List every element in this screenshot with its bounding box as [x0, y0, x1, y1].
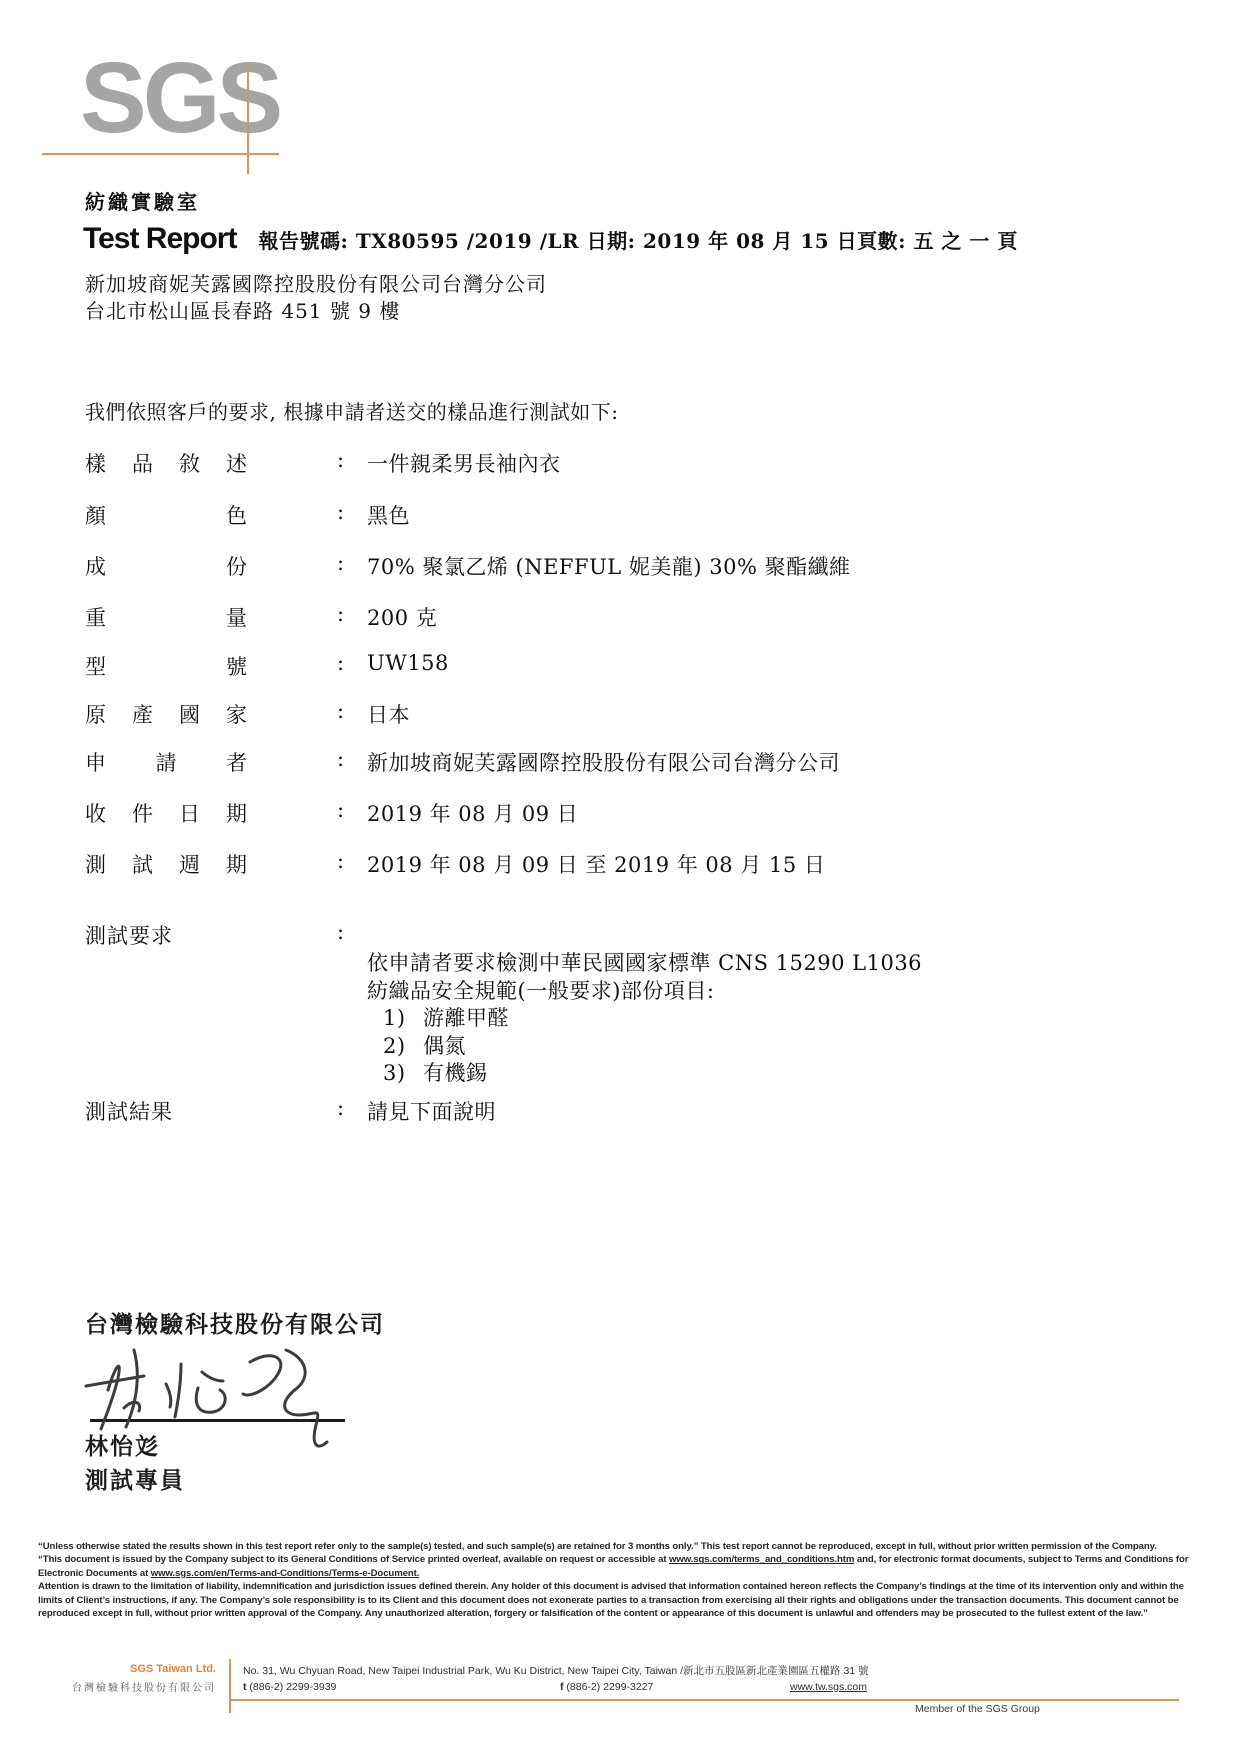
field-label: 顏色: [85, 500, 247, 530]
test-report-page: SGS 紡織實驗室 Test Report 報告號碼: TX80595 /201…: [0, 0, 1240, 1754]
item-number: 1): [367, 1005, 423, 1033]
footer-company-en: SGS Taiwan Ltd.: [38, 1663, 216, 1675]
terms-conditions-link[interactable]: www.sgs.com/terms_and_conditions.htm: [669, 1554, 854, 1565]
field-value: 200 克: [367, 602, 437, 632]
colon: :: [337, 551, 344, 575]
colon: :: [337, 651, 344, 675]
colon: :: [337, 1096, 344, 1120]
field-label: 測試結果: [85, 1096, 247, 1126]
footer-horizontal-rule: [229, 1699, 1179, 1701]
applicant-name-line: 新加坡商妮芙露國際控股股份有限公司台灣分公司: [85, 268, 547, 297]
item-text: 有機錫: [423, 1061, 488, 1085]
field-label: 原產國家: [85, 699, 247, 729]
sgs-logo: SGS: [80, 48, 279, 148]
colon: :: [337, 849, 344, 873]
lab-name: 紡織實驗室: [85, 186, 200, 215]
test-request-line-2: 紡織品安全規範(一般要求)部份項目:: [367, 978, 922, 1006]
field-label: 測試要求: [85, 920, 247, 950]
tel-number: (886-2) 2299-3939: [249, 1681, 336, 1693]
test-request-value: 依申請者要求檢測中華民國國家標準 CNS 15290 L1036 紡織品安全規範…: [367, 950, 922, 1088]
field-label: 申請者: [85, 747, 247, 777]
field-row-test-result: 測試結果 : 請見下面說明: [85, 1096, 247, 1126]
field-row-composition: 成份 : 70% 聚氯乙烯 (NEFFUL 妮美龍) 30% 聚酯纖維: [85, 551, 247, 581]
report-title-row: Test Report 報告號碼: TX80595 /2019 /LR 日期: …: [83, 222, 1018, 256]
item-number: 3): [367, 1060, 423, 1088]
disclaimer-paragraph-2: “This document is issued by the Company …: [38, 1553, 1204, 1580]
signer-title: 測試專員: [85, 1462, 185, 1495]
field-label: 重量: [85, 602, 247, 632]
footer-company-zh: 台灣檢驗科技股份有限公司: [38, 1679, 216, 1694]
footer-website-link[interactable]: www.tw.sgs.com: [790, 1681, 867, 1693]
field-value: 2019 年 08 月 09 日: [367, 798, 578, 828]
disclaimer-segment: “This document is issued by the Company …: [38, 1554, 669, 1565]
disclaimer-segment: Attention is drawn to the limitation of …: [38, 1581, 1184, 1619]
test-request-item: 3)有機錫: [367, 1060, 922, 1088]
field-value: 請見下面說明: [367, 1096, 496, 1126]
test-request-line-1: 依申請者要求檢測中華民國國家標準 CNS 15290 L1036: [367, 950, 922, 978]
footer-company-block: SGS Taiwan Ltd. 台灣檢驗科技股份有限公司: [38, 1663, 216, 1694]
field-row-weight: 重量 : 200 克: [85, 602, 247, 632]
item-text: 游離甲醛: [423, 1006, 509, 1030]
disclaimer-segment: “Unless otherwise stated the results sho…: [38, 1541, 1157, 1552]
field-value: 日本: [367, 699, 410, 729]
item-text: 偶氮: [423, 1034, 466, 1058]
colon: :: [337, 500, 344, 524]
fax-number: (886-2) 2299-3227: [566, 1681, 653, 1693]
field-row-received-date: 收件日期 : 2019 年 08 月 09 日: [85, 798, 247, 828]
footer-address: No. 31, Wu Chyuan Road, New Taipei Indus…: [243, 1663, 869, 1678]
field-label: 收件日期: [85, 798, 247, 828]
logo-crosshair-vertical-line: [247, 66, 249, 174]
field-value: 一件親柔男長袖內衣: [367, 448, 561, 478]
colon: :: [337, 798, 344, 822]
item-number: 2): [367, 1033, 423, 1061]
terms-e-document-link[interactable]: www.sgs.com/en/Terms-and-Conditions/Term…: [151, 1568, 420, 1579]
report-meta: 報告號碼: TX80595 /2019 /LR 日期: 2019 年 08 月 …: [258, 225, 1017, 254]
tel-label: t: [243, 1681, 247, 1693]
field-label: 樣品敘述: [85, 448, 247, 478]
signer-name: 林怡彣: [85, 1428, 160, 1461]
field-label: 型號: [85, 651, 247, 681]
disclaimer-paragraph-3: Attention is drawn to the limitation of …: [38, 1580, 1204, 1620]
field-row-model: 型號 : UW158: [85, 651, 247, 681]
disclaimer-text: “Unless otherwise stated the results sho…: [38, 1540, 1204, 1620]
logo-crosshair-horizontal-line: [42, 153, 279, 155]
footer-fax: f (886-2) 2299-3227: [560, 1681, 653, 1693]
field-row-testing-period: 測試週期 : 2019 年 08 月 09 日 至 2019 年 08 月 15…: [85, 849, 247, 879]
applicant-address-line: 台北市松山區長春路 451 號 9 樓: [85, 295, 400, 324]
field-value: UW158: [367, 651, 449, 675]
field-label: 成份: [85, 551, 247, 581]
field-row-test-request: 測試要求 : 依申請者要求檢測中華民國國家標準 CNS 15290 L1036 …: [85, 920, 247, 950]
field-value: 黑色: [367, 500, 410, 530]
footer-telephone: t (886-2) 2299-3939: [243, 1681, 336, 1693]
footer-member-note: Member of the SGS Group: [915, 1703, 1040, 1715]
field-row-sample-description: 樣品敘述 : 一件親柔男長袖內衣: [85, 448, 247, 478]
field-row-color: 顏色 : 黑色: [85, 500, 247, 530]
test-request-item: 1)游離甲醛: [367, 1005, 922, 1033]
field-value: 新加坡商妮芙露國際控股股份有限公司台灣分公司: [367, 747, 840, 777]
colon: :: [337, 920, 344, 944]
colon: :: [337, 448, 344, 472]
report-title: Test Report: [83, 222, 236, 256]
colon: :: [337, 699, 344, 723]
colon: :: [337, 602, 344, 626]
field-value: 70% 聚氯乙烯 (NEFFUL 妮美龍) 30% 聚酯纖維: [367, 551, 851, 581]
test-request-item: 2)偶氮: [367, 1033, 922, 1061]
disclaimer-paragraph-1: “Unless otherwise stated the results sho…: [38, 1540, 1204, 1553]
field-value: 2019 年 08 月 09 日 至 2019 年 08 月 15 日: [367, 849, 825, 879]
fax-label: f: [560, 1681, 564, 1693]
intro-line: 我們依照客戶的要求, 根據申請者送交的樣品進行測試如下:: [85, 396, 618, 425]
footer-vertical-divider: [229, 1659, 231, 1713]
colon: :: [337, 747, 344, 771]
field-row-country-of-origin: 原產國家 : 日本: [85, 699, 247, 729]
field-label: 測試週期: [85, 849, 247, 879]
field-row-applicant: 申請者 : 新加坡商妮芙露國際控股股份有限公司台灣分公司: [85, 747, 247, 777]
